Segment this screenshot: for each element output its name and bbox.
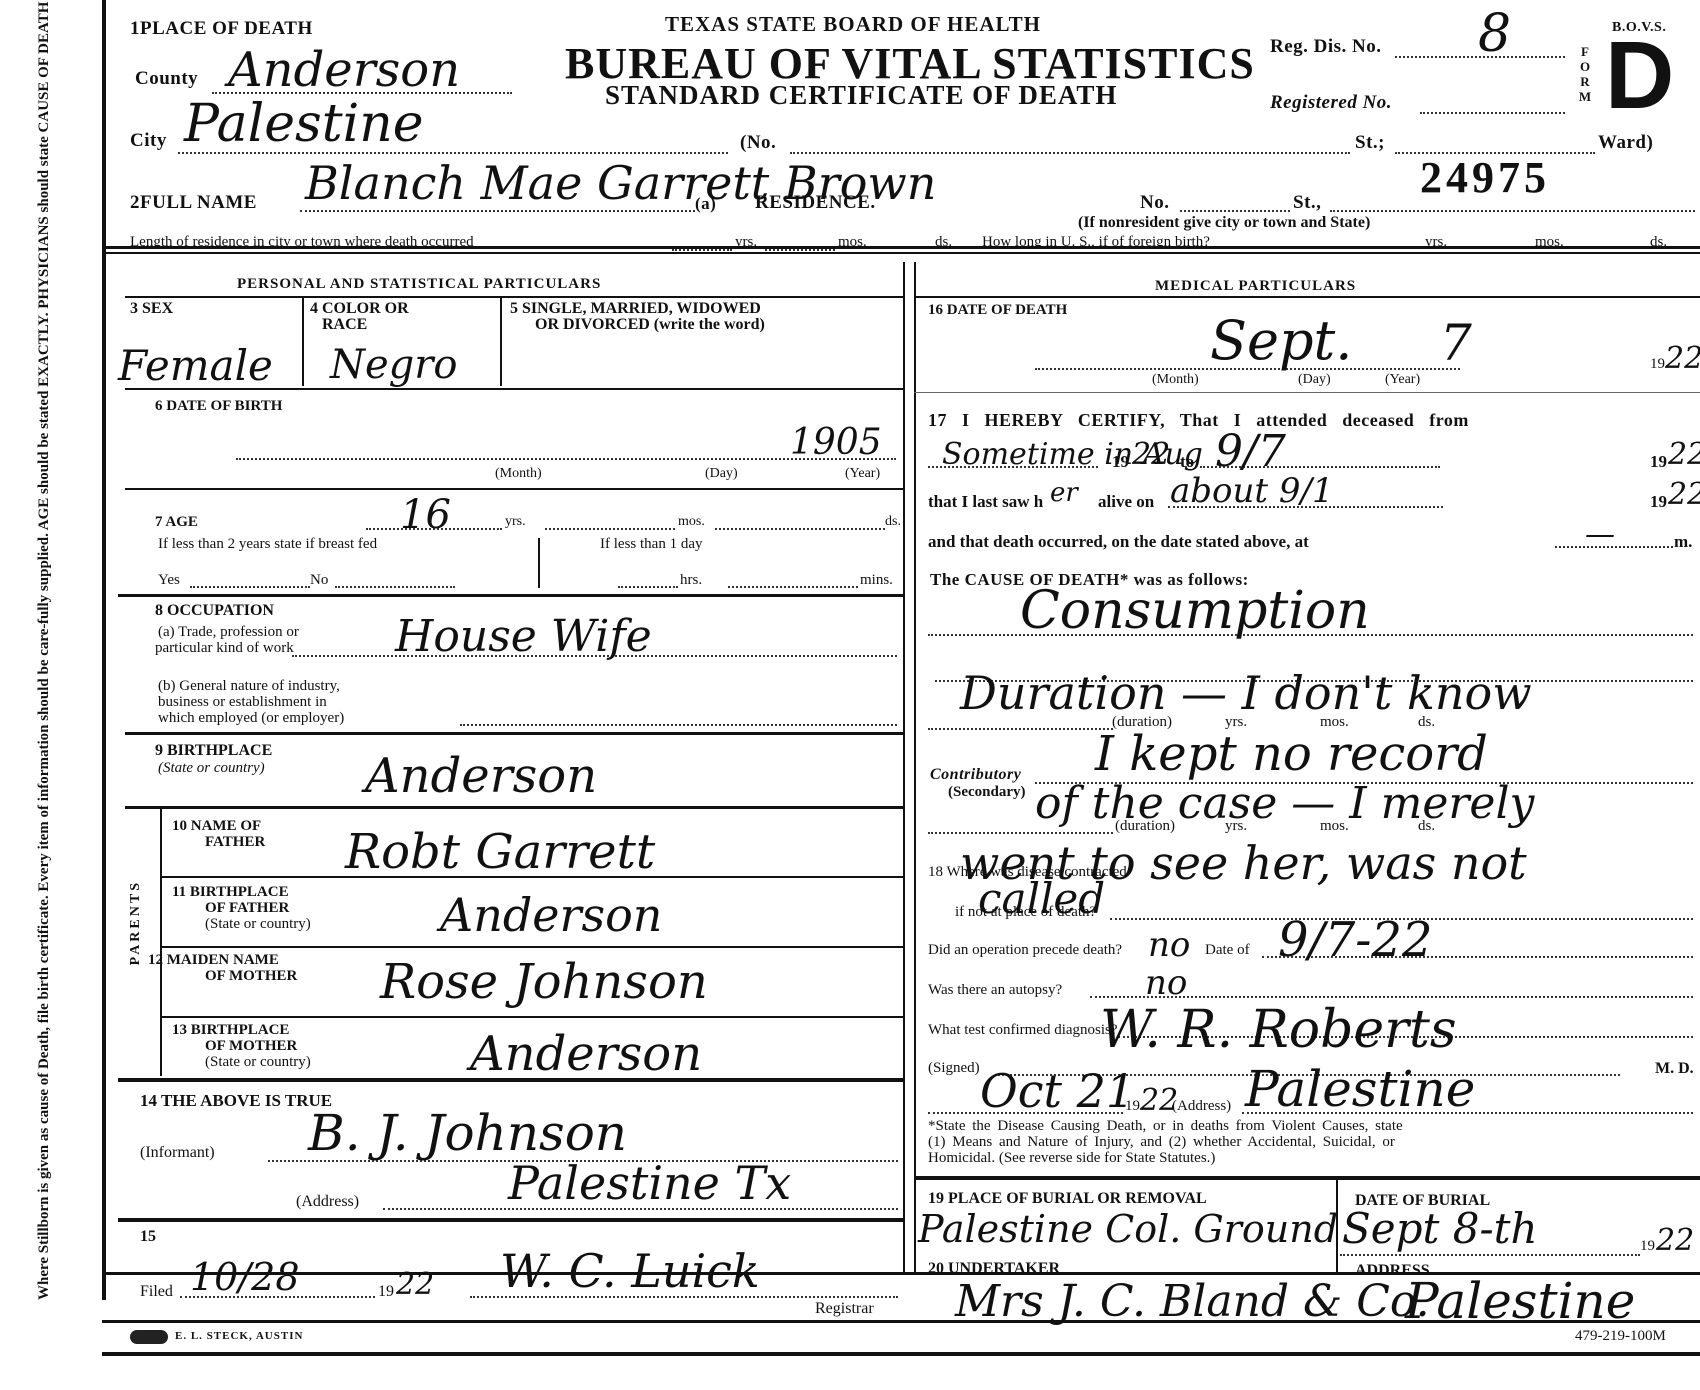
age-ds-line (715, 528, 885, 530)
autopsy-label: Was there an autopsy? (928, 982, 1062, 999)
county-value[interactable]: Anderson (228, 46, 460, 94)
foreign-label: How long in U. S., if of foreign birth? (982, 234, 1210, 251)
attended-from-year-prefix: 19 (1112, 452, 1129, 472)
length-yrs: yrs. (735, 234, 757, 251)
rule (160, 876, 903, 878)
breast-fed-label: If less than 2 years state if breast fed (158, 536, 377, 553)
mins-label: mins. (860, 572, 893, 589)
filed-year-prefix: 19 (378, 1283, 394, 1301)
address-label: (Address) (1172, 1098, 1231, 1115)
undertaker-address-value[interactable]: Palestine (1405, 1276, 1635, 1326)
duration-label-2: (duration) (1115, 818, 1175, 835)
duration-mos-2: mos. (1320, 818, 1349, 835)
dob-year[interactable]: 1905 (790, 425, 882, 461)
informant-section-label: 14 THE ABOVE IS TRUE (140, 1092, 332, 1109)
death-time-m: m. (1674, 532, 1692, 552)
age-value[interactable]: 16 (400, 495, 451, 535)
city-value[interactable]: Palestine (184, 98, 424, 150)
board-title: TEXAS STATE BOARD OF HEALTH (665, 12, 1041, 37)
to-label: to (1180, 452, 1194, 472)
burial-place-value[interactable]: Palestine Col. Ground (918, 1210, 1338, 1248)
rule (125, 806, 903, 809)
margin-instructions: Where Stillborn is given as cause of Dea… (34, 80, 54, 1300)
occ-b-line (460, 724, 897, 726)
no-line (790, 152, 1350, 154)
nonresident-note: (If nonresident give city or town and St… (1078, 214, 1370, 232)
foreign-mos: mos. (1535, 234, 1564, 251)
last-saw-label-2: alive on (1098, 492, 1154, 512)
registered-line (1420, 112, 1565, 114)
last-saw-her[interactable]: er (1050, 480, 1078, 506)
residence-no-label: No. (1140, 192, 1169, 214)
rule (118, 1218, 903, 1222)
dob-month-caption: (Month) (495, 466, 542, 482)
age-ds: ds. (885, 514, 901, 530)
dod-year-caption: (Year) (1385, 372, 1420, 388)
race-value[interactable]: Negro (330, 345, 457, 385)
duration-line-1 (928, 728, 1113, 730)
mins-line (728, 586, 858, 588)
occupation-value[interactable]: House Wife (395, 615, 652, 659)
sex-value[interactable]: Female (118, 345, 273, 387)
secondary-label: (Secondary) (948, 784, 1026, 801)
certificate-title: STANDARD CERTIFICATE OF DEATH (605, 80, 1117, 111)
residence-label: RESIDENCE. (755, 192, 876, 214)
rule (160, 1016, 903, 1018)
dod-month-caption: (Month) (1152, 372, 1199, 388)
date-of-label: Date of (1205, 942, 1250, 959)
medical-section-title: MEDICAL PARTICULARS (1155, 278, 1356, 295)
md-label: M. D. (1655, 1060, 1694, 1078)
foreign-yrs: yrs. (1425, 234, 1447, 251)
father-label-2: FATHER (205, 834, 265, 851)
filed-date-value[interactable]: 10/28 (190, 1258, 300, 1296)
footer-top-rule (102, 1320, 1700, 1323)
county-label: County (135, 68, 198, 90)
contributory-value[interactable]: I kept no record (1095, 730, 1488, 778)
parents-side-label: PARENTS (126, 880, 146, 965)
form-code: 479-219-100M (1575, 1328, 1666, 1345)
length-residence-label: Length of residence in city or town wher… (130, 234, 474, 251)
residence-no-line (1180, 210, 1290, 212)
cause-value[interactable]: Consumption (1020, 585, 1370, 637)
place-of-death-label: 1PLACE OF DEATH (130, 18, 313, 40)
death-time-value[interactable]: — (1585, 520, 1615, 550)
last-saw-label-1: that I last saw h (928, 492, 1043, 512)
mother-bp-2: OF MOTHER (205, 1038, 297, 1055)
informant-value[interactable]: B. J. Johnson (308, 1108, 627, 1158)
age-label: 7 AGE (155, 514, 198, 531)
occ-b-3: which employed (or employer) (158, 710, 344, 727)
ward-label: Ward) (1598, 132, 1653, 154)
informant-address-value[interactable]: Palestine Tx (508, 1160, 791, 1206)
mother-bp-3: (State or country) (205, 1054, 311, 1071)
rule (914, 392, 1700, 393)
rule (118, 594, 903, 597)
rule (125, 296, 903, 298)
length-mos-line (765, 249, 835, 251)
form-word: FORM (1578, 44, 1592, 104)
margin-line-1: Where Stillborn is given as cause of Dea… (34, 624, 54, 1300)
age-mos: mos. (678, 514, 705, 530)
address-value[interactable]: Palestine (1245, 1064, 1475, 1114)
divider (302, 298, 304, 386)
registrar-signature[interactable]: W. C. Luick (500, 1248, 760, 1294)
sex-label: 3 SEX (130, 300, 173, 317)
cause-note[interactable]: Duration — I don't know (960, 670, 1532, 716)
occ-a-1: (a) Trade, profession or (158, 624, 299, 641)
informant-label: (Informant) (140, 1144, 215, 1162)
dob-label: 6 DATE OF BIRTH (155, 398, 282, 415)
signed-year-prefix: 19 (1125, 1098, 1140, 1115)
occ-b-1: (b) General nature of industry, (158, 678, 340, 695)
divider (500, 298, 502, 386)
last-saw-year[interactable]: 22 (1668, 480, 1700, 510)
race-label-1: 4 COLOR OR (310, 300, 409, 317)
signed-date[interactable]: Oct 21 (980, 1068, 1135, 1114)
burial-place-label: 19 PLACE OF BURIAL OR REMOVAL (928, 1190, 1207, 1207)
age-yrs: yrs. (505, 514, 526, 530)
informant-address-label: (Address) (296, 1193, 359, 1211)
rule (914, 1176, 1700, 1180)
printer-label: E. L. STECK, AUSTIN (175, 1330, 303, 1342)
filed-year-value[interactable]: 22 (396, 1270, 434, 1300)
attended-to-year[interactable]: 22 (1668, 440, 1700, 470)
autopsy-value[interactable]: no (1145, 966, 1187, 1000)
birthplace-label: 9 BIRTHPLACE (155, 742, 272, 759)
margin-line-2: fully supplied. AGE should be stated EXA… (34, 0, 54, 624)
father-bp-3: (State or country) (205, 916, 311, 933)
rule (160, 946, 903, 948)
yes-label: Yes (158, 572, 180, 589)
contributory-label: Contributory (930, 766, 1021, 784)
attended-from-year[interactable]: 22 (1132, 440, 1170, 470)
full-name-label: 2FULL NAME (130, 192, 257, 214)
burial-divider (1336, 1180, 1338, 1272)
registered-label: Registered No. (1270, 92, 1392, 114)
mother-label-2: OF MOTHER (205, 968, 297, 985)
last-saw-value[interactable]: about 9/1 (1170, 474, 1334, 508)
printer-mark-icon (130, 1330, 168, 1344)
hrs-label: hrs. (680, 572, 702, 589)
mother-bp-1: 13 BIRTHPLACE (172, 1022, 289, 1039)
burial-date-line (1340, 1254, 1640, 1256)
occ-a-2: particular kind of work (155, 640, 294, 657)
divider (538, 538, 540, 588)
top-rule-2 (102, 252, 1700, 254)
certificate-number: 24975 (1420, 152, 1550, 203)
operation-label: Did an operation precede death? (928, 942, 1122, 959)
registrar-label: Registrar (815, 1300, 874, 1318)
father-label-1: 10 NAME OF (172, 818, 261, 835)
length-ds: ds. (935, 234, 952, 251)
contributory-value-2[interactable]: of the case — I merely (1035, 782, 1534, 826)
birthplace-value[interactable]: Anderson (365, 752, 597, 800)
occupation-label: 8 OCCUPATION (155, 602, 274, 619)
footnote-3: Homicidal. (See reverse side for State S… (928, 1150, 1215, 1167)
race-label-2: RACE (322, 316, 367, 333)
residence-st-line (1330, 210, 1695, 212)
footnote-2: (1) Means and Nature of Injury, and (2) … (928, 1134, 1395, 1151)
father-bp-1: 11 BIRTHPLACE (172, 884, 289, 901)
rule (125, 388, 903, 390)
no-answer-line (335, 586, 455, 588)
father-value[interactable]: Robt Garrett (345, 828, 655, 876)
burial-year-value[interactable]: 22 (1656, 1226, 1694, 1256)
yes-line (190, 586, 310, 588)
rule (125, 732, 903, 735)
no-label: (No. (740, 132, 776, 154)
mother-bp-value[interactable]: Anderson (470, 1030, 702, 1078)
st-label: St.; (1355, 132, 1385, 154)
rule (125, 488, 903, 490)
dod-label: 16 DATE OF DEATH (928, 302, 1067, 319)
marital-label-1: 5 SINGLE, MARRIED, WIDOWED (510, 300, 761, 317)
mother-label-1: 12 MAIDEN NAME (148, 952, 279, 969)
undertaker-value[interactable]: Mrs J. C. Bland & Co. (955, 1280, 1430, 1324)
burial-date-value[interactable]: Sept 8-th (1342, 1208, 1538, 1250)
reg-dis-value[interactable]: 8 (1478, 8, 1511, 60)
age-mos-line (545, 528, 675, 530)
hrs-line (618, 586, 678, 588)
father-bp-2: OF FATHER (205, 900, 289, 917)
death-time-label: and that death occurred, on the date sta… (928, 532, 1309, 552)
test-label: What test confirmed diagnosis? (928, 1022, 1118, 1039)
center-divider (903, 262, 905, 1272)
center-divider-2 (914, 262, 916, 1272)
dob-year-caption: (Year) (845, 466, 880, 482)
signed-label: (Signed) (928, 1060, 980, 1077)
left-border (102, 0, 106, 1300)
last-saw-year-prefix: 19 (1650, 492, 1667, 512)
filed-label: Filed (140, 1283, 173, 1301)
footnote-1: *State the Disease Causing Death, or in … (928, 1118, 1403, 1135)
footer-rule (102, 1352, 1700, 1356)
a-label: (a) (695, 194, 716, 214)
attended-to[interactable]: 9/7 (1215, 430, 1286, 474)
certify-line: 17 I HEREBY CERTIFY, That I attended dec… (928, 410, 1469, 431)
dob-day-caption: (Day) (705, 466, 738, 482)
parents-divider (160, 808, 162, 1076)
marital-label-2: OR DIVORCED (write the word) (535, 316, 765, 333)
filed-number: 15 (140, 1228, 156, 1245)
rule (914, 296, 1700, 298)
duration-line-2 (928, 832, 1113, 834)
birthplace-sub: (State or country) (158, 760, 265, 777)
father-bp-value[interactable]: Anderson (440, 892, 662, 938)
dod-day[interactable]: 7 (1440, 318, 1472, 368)
duration-yrs-2: yrs. (1225, 818, 1247, 835)
full-name-line (300, 210, 695, 212)
dod-month[interactable]: Sept. (1210, 314, 1352, 368)
operation-value[interactable]: no (1148, 928, 1190, 962)
reg-dis-label: Reg. Dis. No. (1270, 36, 1382, 58)
less-day-label: If less than 1 day (600, 536, 702, 553)
duration-ds-2: ds. (1418, 818, 1435, 835)
personal-section-title: PERSONAL AND STATISTICAL PARTICULARS (237, 276, 601, 293)
foreign-ds: ds. (1650, 234, 1667, 251)
mother-value[interactable]: Rose Johnson (380, 958, 708, 1006)
burial-year-prefix: 19 (1640, 1238, 1655, 1255)
undertaker-label: 20 UNDERTAKER (928, 1260, 1060, 1277)
residence-st-label: St., (1293, 192, 1321, 214)
length-yrs-line (672, 249, 732, 251)
attended-to-year-prefix: 19 (1650, 452, 1667, 472)
rule (118, 1078, 903, 1082)
signed-value[interactable]: W. R. Roberts (1100, 1004, 1457, 1056)
occ-b-2: business or establishment in (158, 694, 327, 711)
dod-day-caption: (Day) (1298, 372, 1331, 388)
dod-year-prefix: 19 (1650, 356, 1665, 373)
city-label: City (130, 130, 167, 152)
dod-year[interactable]: 22 (1665, 344, 1700, 374)
no-label: No (310, 572, 328, 589)
length-mos: mos. (838, 234, 867, 251)
date-of-value[interactable]: 9/7-22 (1278, 916, 1433, 964)
if-not-value[interactable]: called (978, 878, 1105, 920)
form-letter: D (1605, 28, 1674, 124)
